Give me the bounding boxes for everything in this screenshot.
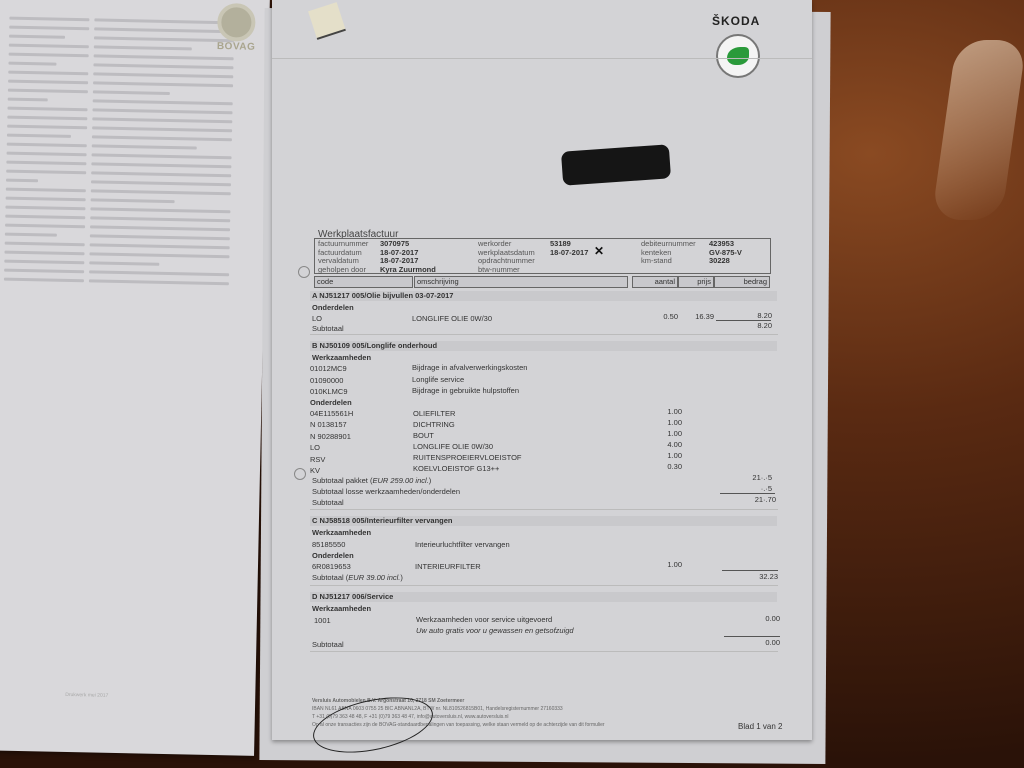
section-b-parts-group: Onderdelen [310,398,352,407]
col-qty: aantal [632,276,678,288]
header-divider [272,58,812,81]
light-glare [931,40,1024,220]
work-desc: Werkzaamheden voor service uitgevoerd [416,615,552,624]
subtotal-label: Subtotaal [312,324,344,333]
divider [310,509,778,510]
section-c-parts-group: Onderdelen [312,551,354,560]
amount-rule [724,636,780,637]
line-desc: LONGLIFE OLIE 0W/30 [412,314,492,323]
subtotal-label: Subtotaal (EUR 39.00 incl.) [312,573,403,582]
section-c-work-group: Werkzaamheden [312,528,371,537]
part-qty: 1.00 [654,451,682,460]
work-desc: Bijdrage in afvalverwerkingskosten [412,363,527,372]
part-desc: OLIEFILTER [413,409,455,418]
part-desc: INTERIEURFILTER [415,562,481,571]
subtotal-value: 21·.70 [732,495,776,504]
punch-hole [298,266,310,278]
terms-footer: Drukwerk mei 2017 [65,692,108,699]
subtotal-loose-value: ·.·5 [732,484,772,493]
subtotal-value: 32.23 [738,572,778,581]
line-price: 16.39 [684,312,714,321]
part-qty: 1.00 [654,560,682,569]
part-desc: LONGLIFE OLIE 0W/30 [413,442,493,451]
handwritten-x-mark: ✕ [594,244,604,258]
work-code: 85185550 [312,540,345,549]
part-code: KV [310,466,320,475]
section-d-title: D NJ51217 006/Service [310,592,777,602]
part-qty: 0.30 [654,462,682,471]
bovag-logo: BOVAG [217,3,254,52]
bovag-emblem-icon [217,3,256,42]
redacted-address [561,144,671,185]
col-description: omschrijving [414,276,628,288]
section-b-title: B NJ50109 005/Longlife onderhoud [310,341,777,351]
work-amount: 0.00 [742,614,780,623]
work-code: 1001 [314,616,331,625]
terms-column-left [4,11,90,289]
page-number: Blad 1 van 2 [738,722,782,731]
line-code: LO [312,314,322,323]
service-note: Uw auto gratis voor u gewassen en getsof… [416,626,574,635]
line-qty: 0.50 [650,312,678,321]
subtotal-value: 0.00 [742,638,780,647]
part-code: 04E115561H [310,409,353,418]
part-desc: DICHTRING [413,420,455,429]
part-desc: KOELVLOEISTOF G13++ [413,464,499,473]
subtotal-label: Subtotaal [312,640,344,649]
part-code: 6R0819653 [312,562,351,571]
part-qty: 1.00 [654,429,682,438]
invoice-page: ŠKODA Werkplaatsfactuur factuurnummer307… [272,0,812,740]
part-code: N 90288901 [310,432,351,441]
section-a-title: A NJ51217 005/Olie bijvullen 03-07-2017 [310,291,777,301]
work-code: 010KLMC9 [310,387,348,396]
part-qty: 1.00 [654,407,682,416]
divider [310,651,778,652]
tape-piece [308,2,346,40]
header-col-3: debiteurnummer423953 kentekenGV-875-V km… [641,240,742,266]
part-code: N 0138157 [310,420,347,429]
subtotal-value: 8.20 [732,321,772,330]
col-code: code [314,276,413,288]
terms-sheet: BOVAG Drukwerk mei 2017 [0,0,270,756]
subtotal-label: Subtotaal [312,498,344,507]
table-header: code omschrijving aantal prijs bedrag [314,276,769,288]
work-code: 01012MC9 [310,364,347,373]
section-c-title: C NJ58518 005/Interieurfilter vervangen [310,516,777,526]
header-col-2: werkorder53189 werkplaatsdatum18-07-2017… [478,240,588,274]
divider [310,585,778,586]
punch-hole [294,468,306,480]
amount-rule [720,493,775,494]
amount-rule [722,570,778,571]
section-d-work-group: Werkzaamheden [312,604,371,613]
part-qty: 4.00 [654,440,682,449]
subtotal-loose-label: Subtotaal losse werkzaamheden/onderdelen [312,487,460,496]
work-desc: Longlife service [412,375,464,384]
part-code: RSV [310,455,325,464]
work-desc: Bijdrage in gebruikte hulpstoffen [412,386,519,395]
invoice-header-box: factuurnummer3070975 factuurdatum18-07-2… [314,238,771,274]
part-code: LO [310,443,320,452]
divider [310,334,778,335]
col-amount: bedrag [714,276,770,288]
section-a-group: Onderdelen [312,303,354,312]
subtotal-package-value: 21·.·5 [732,473,772,482]
subtotal-package-label: Subtotaal pakket (EUR 259.00 incl.) [312,476,431,485]
terms-column-right [89,12,235,291]
line-amount: 8.20 [732,311,772,320]
brand-name: ŠKODA [712,14,760,28]
part-desc: BOUT [413,431,434,440]
header-col-1: factuurnummer3070975 factuurdatum18-07-2… [318,240,436,274]
col-price: prijs [678,276,714,288]
work-desc: Interieurluchtfilter vervangen [415,540,510,549]
part-desc: RUITENSPROEIERVLOEISTOF [413,453,522,462]
part-qty: 1.00 [654,418,682,427]
work-code: 01090000 [310,376,343,385]
section-b-work-group: Werkzaamheden [312,353,371,362]
